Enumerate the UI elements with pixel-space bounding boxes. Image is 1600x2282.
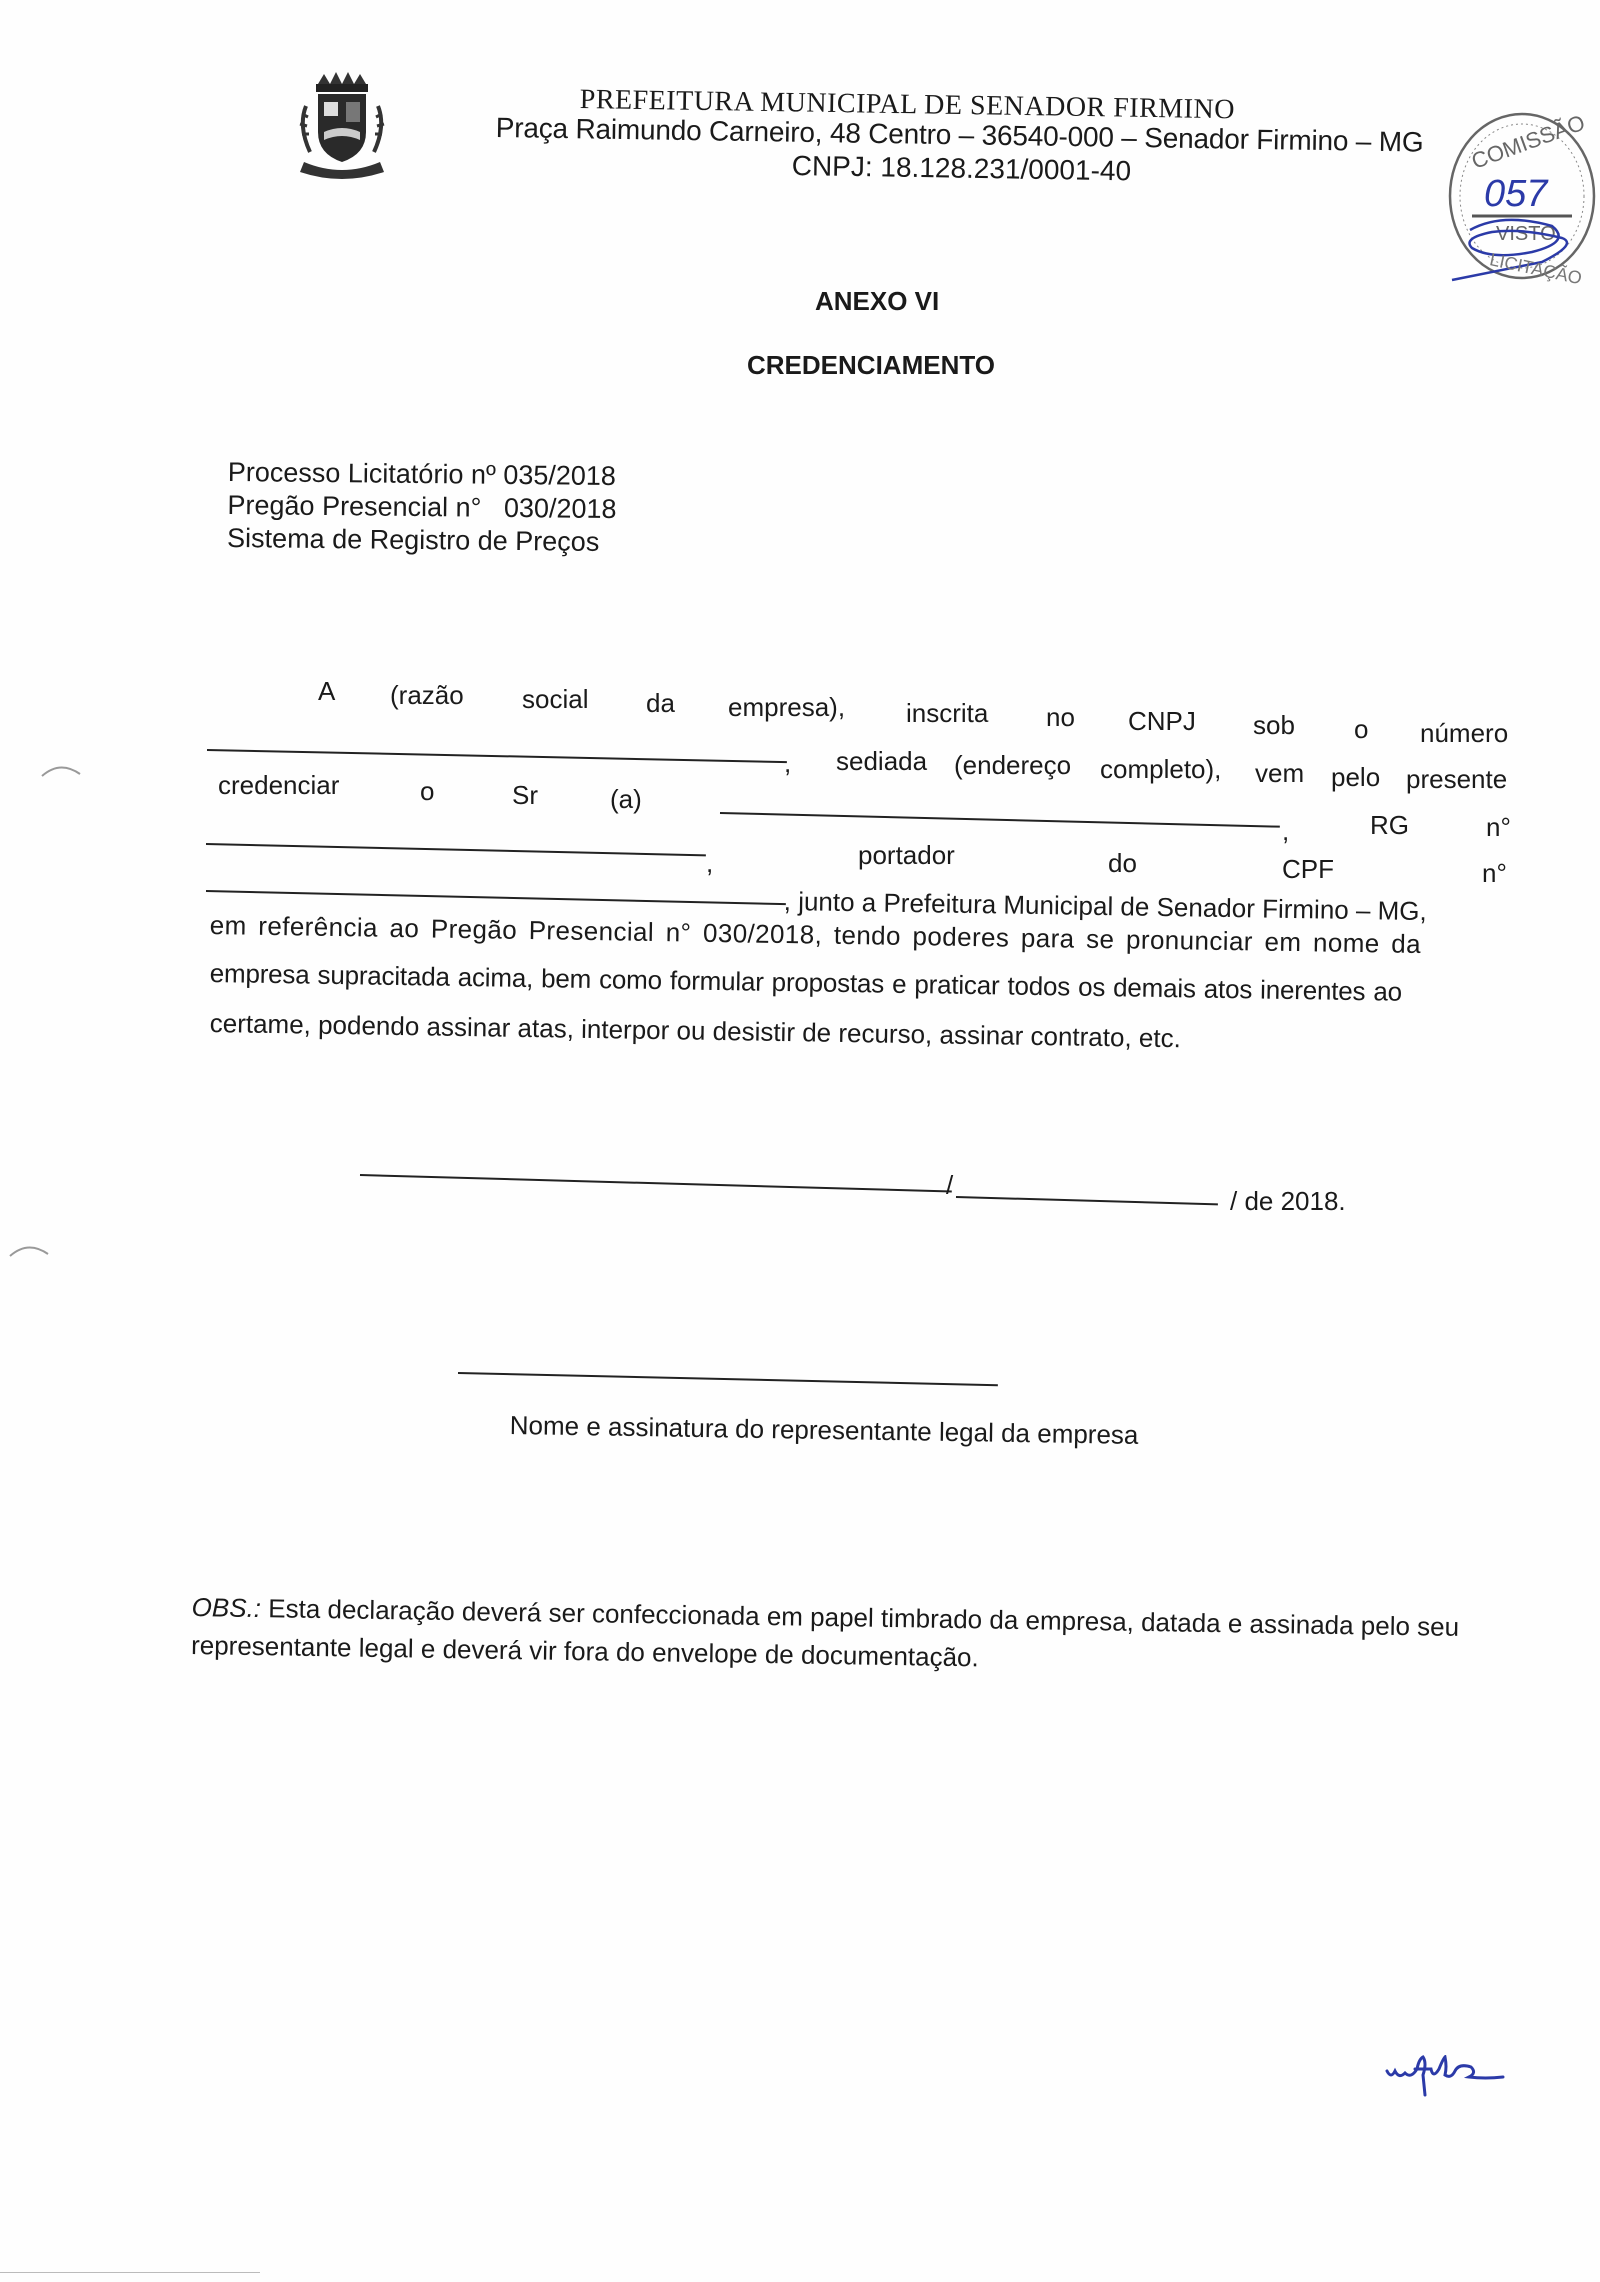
date-year: / de 2018. xyxy=(1230,1186,1346,1217)
body-line-8: certame, podendo assinar atas, interpor … xyxy=(210,1008,1182,1054)
representative-name-blank[interactable] xyxy=(720,812,1280,828)
document-title: CREDENCIAMENTO xyxy=(747,350,995,381)
city-day-blank[interactable] xyxy=(360,1174,952,1193)
commission-stamp-icon: COMISSÃO 057 VISTO LICITAÇÃO xyxy=(1432,102,1600,288)
obs-text: Esta declaração deverá ser confeccionada… xyxy=(191,1593,1459,1672)
obs-label: OBS.: xyxy=(191,1592,261,1623)
process-info: Processo Licitatório nº 035/2018 Pregão … xyxy=(227,456,617,559)
coat-of-arms-icon xyxy=(288,66,396,184)
punch-hole-mark-icon xyxy=(38,760,88,780)
body-line-7: empresa supracitada acima, bem como form… xyxy=(210,958,1403,1008)
svg-text:LICITAÇÃO: LICITAÇÃO xyxy=(1488,248,1584,288)
annex-title: ANEXO VI xyxy=(815,286,939,317)
svg-text:COMISSÃO: COMISSÃO xyxy=(1468,110,1588,174)
observation-note: OBS.: Esta declaração deverá ser confecc… xyxy=(191,1588,1492,1684)
signature-caption: Nome e assinatura do representante legal… xyxy=(510,1410,1139,1451)
svg-text:057: 057 xyxy=(1484,173,1549,215)
header-cnpj: CNPJ: 18.128.231/0001-40 xyxy=(791,150,1131,187)
punch-hole-mark-icon xyxy=(6,1240,56,1260)
cpf-number-blank[interactable] xyxy=(206,890,786,905)
rg-number-blank[interactable] xyxy=(206,843,706,856)
document-page: PREFEITURA MUNICIPAL DE SENADOR FIRMINO … xyxy=(0,0,1600,2282)
page-edge-line xyxy=(0,2272,260,2273)
auction-number: Pregão Presencial n° 030/2018 xyxy=(227,489,616,526)
price-registry-system: Sistema de Registro de Preços xyxy=(227,522,616,559)
handwritten-initials-icon xyxy=(1385,2055,1515,2115)
cnpj-number-blank[interactable] xyxy=(207,749,787,763)
month-blank[interactable] xyxy=(956,1196,1218,1205)
signature-blank[interactable] xyxy=(458,1372,998,1386)
process-number: Processo Licitatório nº 035/2018 xyxy=(228,456,617,493)
